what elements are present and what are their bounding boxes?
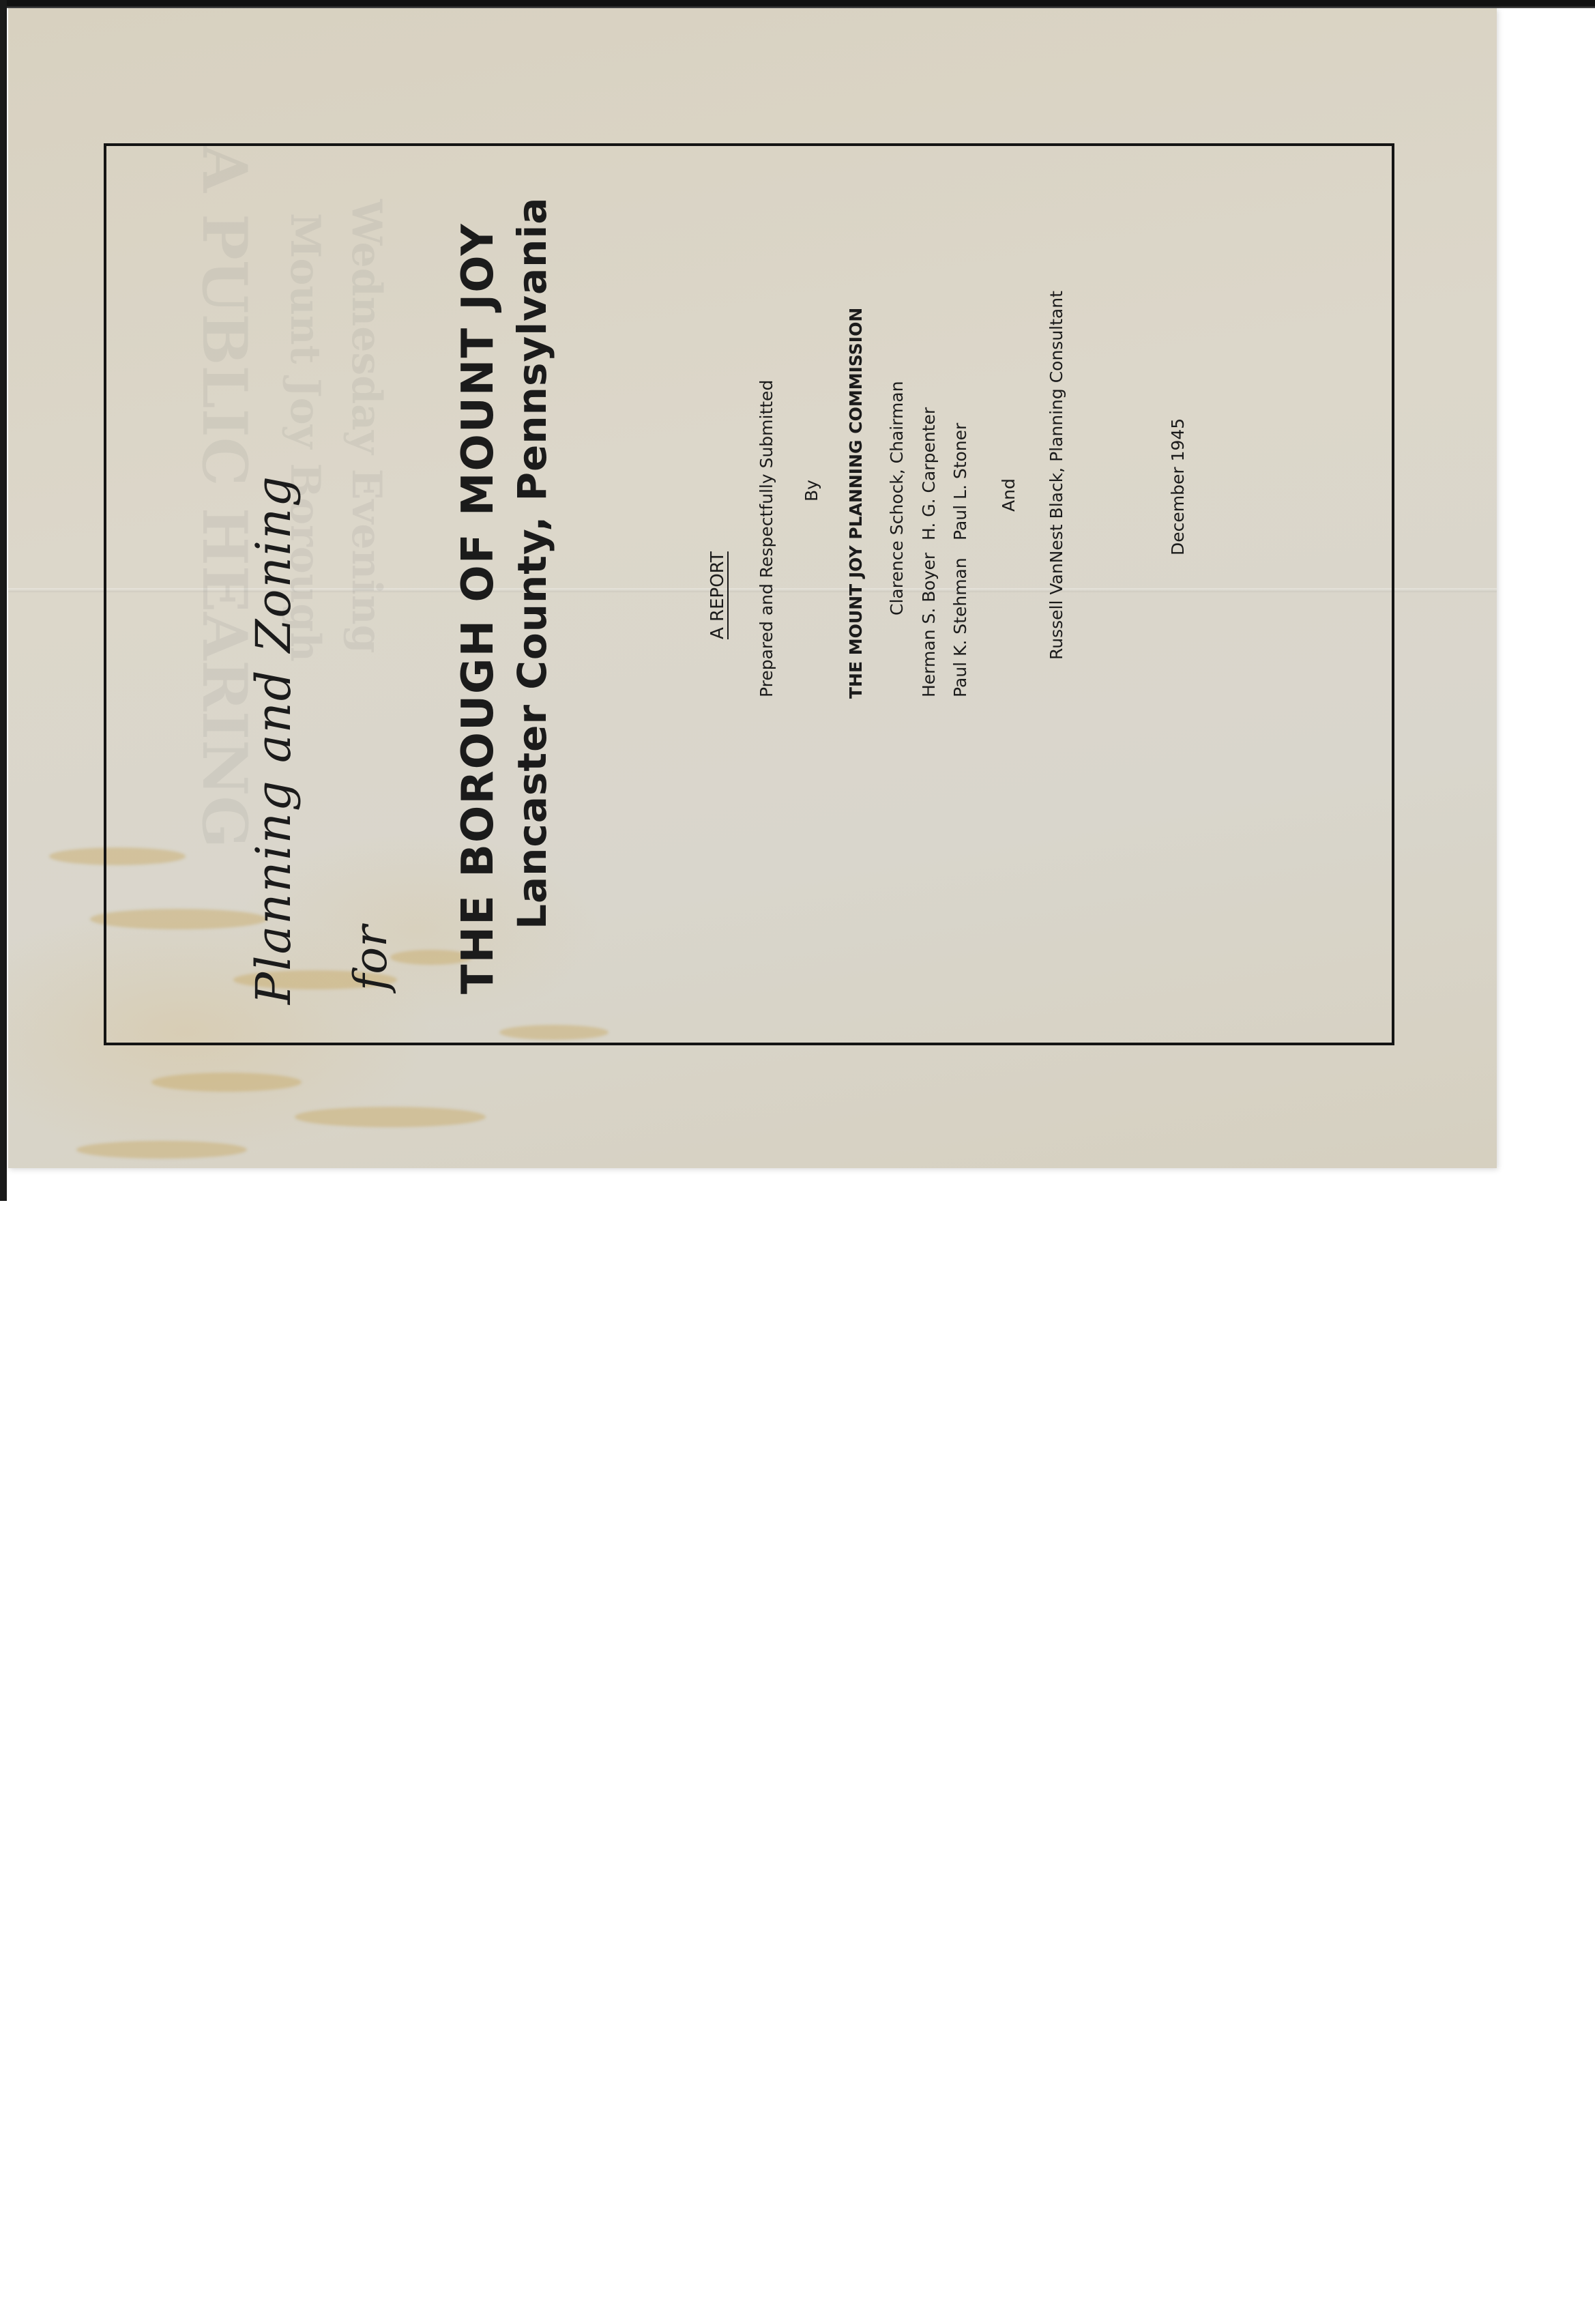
document-page: A PUBLIC HEARING Mount Joy Borough Wedne… xyxy=(8,8,1497,1168)
member-name: Paul L. Stoner xyxy=(950,423,970,540)
and-line: And xyxy=(999,478,1019,512)
by-line: By xyxy=(802,480,821,502)
report-label: A REPORT xyxy=(707,551,728,639)
member-name: Herman S. Boyer xyxy=(919,553,939,697)
chairman-line: Clarence Schock, Chairman xyxy=(887,381,907,615)
script-for: for xyxy=(345,925,397,991)
consultant-line: Russell VanNest Black, Planning Consulta… xyxy=(1047,291,1066,660)
water-stain xyxy=(76,1141,247,1159)
scanner-edge-top xyxy=(0,0,1595,8)
date-line: December 1945 xyxy=(1168,418,1188,555)
water-stain xyxy=(295,1107,486,1127)
commission-name: THE MOUNT JOY PLANNING COMMISSION xyxy=(846,308,866,699)
scanner-edge-left xyxy=(0,0,7,1201)
prepared-line: Prepared and Respectfully Submitted xyxy=(757,380,776,697)
script-title: Planning and Zoning xyxy=(246,475,302,1004)
main-title: THE BOROUGH OF MOUNT JOY xyxy=(453,222,503,994)
member-name: Paul K. Stehman xyxy=(950,557,970,697)
member-name: H. G. Carpenter xyxy=(919,407,939,540)
water-stain xyxy=(151,1073,302,1092)
subtitle: Lancaster County, Pennsylvania xyxy=(509,197,555,929)
